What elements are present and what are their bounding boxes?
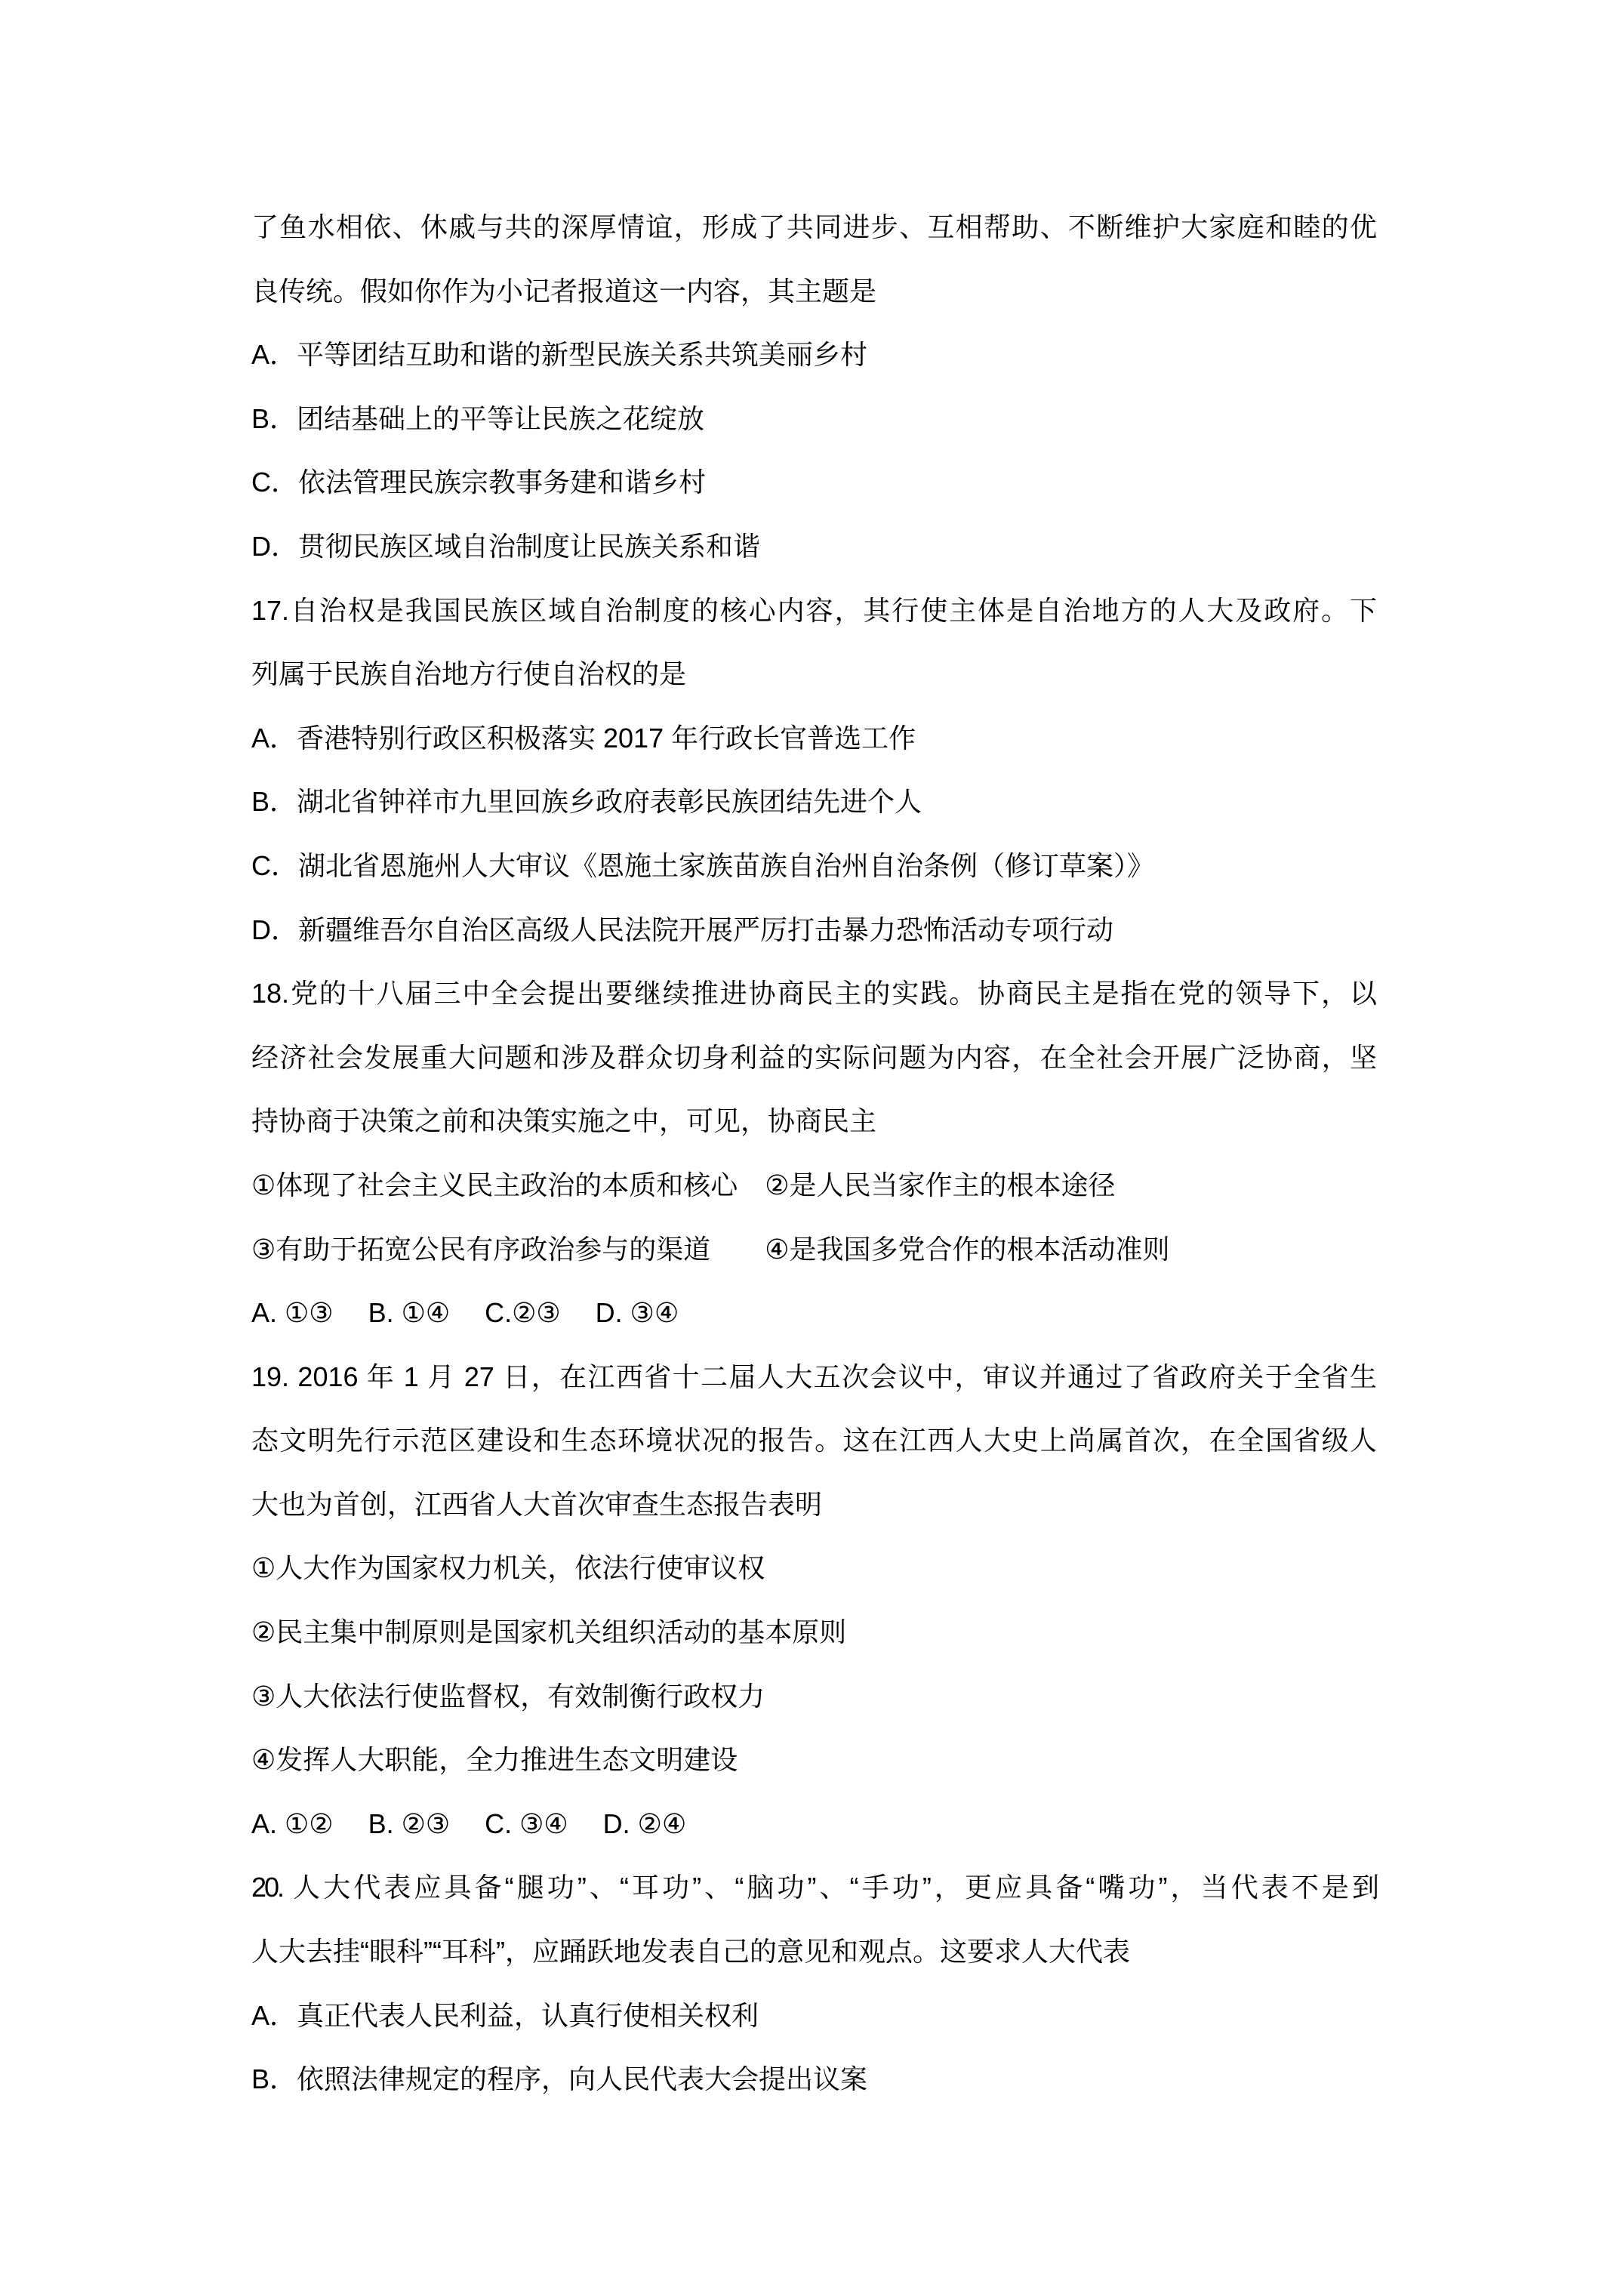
q18-item-1-2: ①体现了社会主义民主政治的本质和核心 ②是人民当家作主的根本途径 — [251, 1154, 1377, 1218]
q18-stem-line-3: 持协商于决策之前和决策实施之中，可见，协商民主 — [251, 1089, 1377, 1154]
q20-option-a: A．真正代表人民利益，认真行使相关权利 — [251, 1984, 1377, 2048]
q19-stem-line-3: 大也为首创，江西省人大首次审查生态报告表明 — [251, 1473, 1377, 1537]
q18-options-row: A. ①③ B. ①④ C.②③ D. ③④ — [251, 1281, 1377, 1345]
q16-option-a: A．平等团结互助和谐的新型民族关系共筑美丽乡村 — [251, 323, 1377, 387]
exam-page: 了鱼水相依、休戚与共的深厚情谊，形成了共同进步、互相帮助、不断维护大家庭和睦的优… — [0, 0, 1623, 2296]
q16-option-b: B．团结基础上的平等让民族之花绽放 — [251, 387, 1377, 451]
q19-stem-line-1: 19. 2016 年 1 月 27 日，在江西省十二届人大五次会议中，审议并通过… — [251, 1345, 1377, 1410]
q20-stem-line-2: 人大去挂“眼科”“耳科”，应踊跃地发表自己的意见和观点。这要求人大代表 — [251, 1920, 1377, 1984]
q17-stem-line-2: 列属于民族自治地方行使自治权的是 — [251, 643, 1377, 707]
q18-stem-line-1: 18.党的十八届三中全会提出要继续推进协商民主的实践。协商民主是指在党的领导下，… — [251, 962, 1377, 1026]
q19-item-4: ④发挥人大职能，全力推进生态文明建设 — [251, 1728, 1377, 1792]
q16-option-d: D．贯彻民族区域自治制度让民族关系和谐 — [251, 515, 1377, 579]
q19-item-2: ②民主集中制原则是国家机关组织活动的基本原则 — [251, 1601, 1377, 1665]
q19-options-row: A. ①② B. ②③ C. ③④ D. ②④ — [251, 1792, 1377, 1857]
q17-option-c: C．湖北省恩施州人大审议《恩施土家族苗族自治州自治条例（修订草案）》 — [251, 834, 1377, 898]
q20-stem-line-1: 20. 人大代表应具备“腿功”、“耳功”、“脑功”、“手功”，更应具备“嘴功”，… — [251, 1856, 1377, 1920]
q19-item-1: ①人大作为国家权力机关，依法行使审议权 — [251, 1536, 1377, 1601]
q16-stem-line-1: 了鱼水相依、休戚与共的深厚情谊，形成了共同进步、互相帮助、不断维护大家庭和睦的优 — [251, 196, 1377, 260]
q20-option-b: B．依照法律规定的程序，向人民代表大会提出议案 — [251, 2048, 1377, 2112]
q17-option-b: B．湖北省钟祥市九里回族乡政府表彰民族团结先进个人 — [251, 770, 1377, 834]
q17-option-a: A．香港特别行政区积极落实 2017 年行政长官普选工作 — [251, 707, 1377, 771]
q16-stem-line-2: 良传统。假如你作为小记者报道这一内容，其主题是 — [251, 260, 1377, 324]
q17-option-d: D．新疆维吾尔自治区高级人民法院开展严厉打击暴力恐怖活动专项行动 — [251, 898, 1377, 963]
exam-text-block: 了鱼水相依、休戚与共的深厚情谊，形成了共同进步、互相帮助、不断维护大家庭和睦的优… — [251, 196, 1377, 2112]
q19-item-3: ③人大依法行使监督权，有效制衡行政权力 — [251, 1665, 1377, 1729]
q19-stem-line-2: 态文明先行示范区建设和生态环境状况的报告。这在江西人大史上尚属首次，在全国省级人 — [251, 1409, 1377, 1473]
q18-stem-line-2: 经济社会发展重大问题和涉及群众切身利益的实际问题为内容，在全社会开展广泛协商，坚 — [251, 1026, 1377, 1090]
q16-option-c: C．依法管理民族宗教事务建和谐乡村 — [251, 451, 1377, 515]
q17-stem-line-1: 17.自治权是我国民族区域自治制度的核心内容，其行使主体是自治地方的人大及政府。… — [251, 579, 1377, 643]
q18-item-3-4: ③有助于拓宽公民有序政治参与的渠道 ④是我国多党合作的根本活动准则 — [251, 1218, 1377, 1282]
